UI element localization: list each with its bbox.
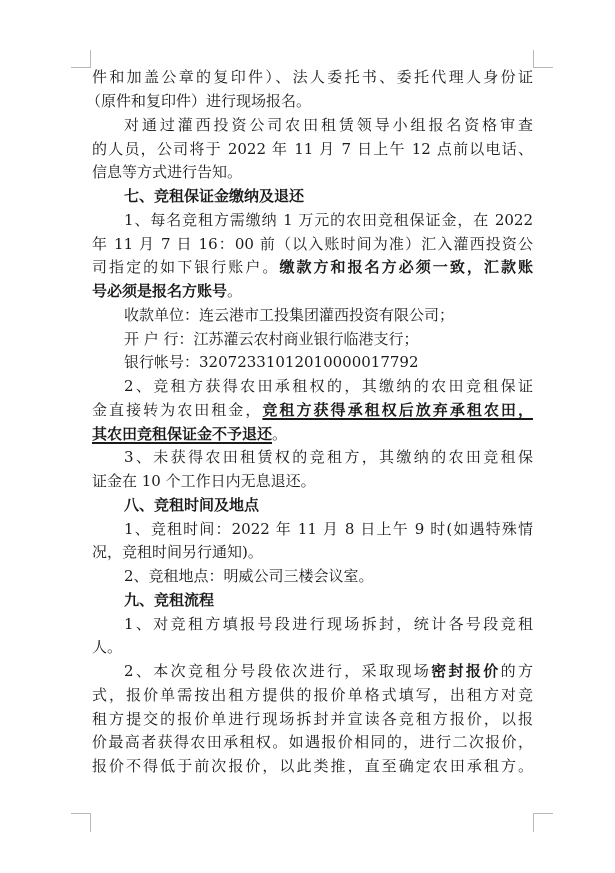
paragraph-line: 1、竞租时间：2022 年 11 月 8 日上午 9 时(如遇特殊情 (124, 517, 533, 541)
bold-text: 号必须是报名方账号 (92, 282, 227, 300)
paragraph-line: 对通过灌西投资公司农田租赁领导小组报名资格审查 (124, 113, 533, 137)
paragraph-line: 况，竞租时间另行通知)。 (92, 540, 533, 564)
paragraph-line: 信息等方式进行告知。 (92, 160, 533, 184)
corner-mark-top-left-h (71, 67, 91, 68)
corner-mark-top-right-v (533, 50, 534, 68)
section-heading-7: 七、竞租保证金缴纳及退还 (124, 184, 533, 208)
paragraph-line: 件和加盖公章的复印件）、法人委托书、委托代理人身份证 (92, 65, 533, 89)
bold-underlined-text: 竞租方获得承租权后放弃承租农田， (262, 401, 533, 419)
corner-mark-top-right-h (533, 67, 553, 68)
section-heading-8: 八、竞租时间及地点 (124, 493, 533, 517)
paragraph-line: 式，报价单需按出租方提供的报价单格式填写，出租方对竞 (92, 683, 533, 707)
bold-underlined-text: 其农田竞租保证金不予退还 (92, 425, 272, 443)
paragraph-line: 3、未获得农田租赁权的竞租方，其缴纳的农田竞租保 (124, 445, 533, 469)
plain-text: 2、本次竞租分号段依次进行，采取现场 (124, 662, 431, 680)
paragraph-line: 1、对竞租方填报号段进行现场拆封，统计各号段竞租 (124, 612, 533, 636)
plain-text: 司指定的如下银行账户。 (92, 258, 279, 276)
paragraph-line: 证金在 10 个工作日内无息退还。 (92, 469, 533, 493)
bank-payee-line: 收款单位：连云港市工投集团灌西投资有限公司； (124, 303, 533, 327)
paragraph-line: 2、本次竞租分号段依次进行，采取现场密封报价的方 (124, 659, 533, 683)
corner-mark-bottom-right-h (533, 813, 553, 814)
plain-text: 的方 (501, 662, 533, 680)
bank-account-line: 银行帐号：32072331012010000017792 (124, 350, 533, 374)
bold-text: 密封报价 (431, 662, 500, 680)
paragraph-line: 租方提交的报价单进行现场拆封并宣读各竞租方报价，以报 (92, 707, 533, 731)
paragraph-line: 2、竞租方获得农田承租权的，其缴纳的农田竞租保证 (124, 374, 533, 398)
corner-mark-bottom-right-v (533, 813, 534, 832)
paragraph-line: 价最高者获得农田承租权。如遇报价相同的，进行二次报价， (92, 730, 533, 754)
bank-account-label: 银行帐号： (124, 353, 199, 371)
bank-branch-value: 江苏灌云农村商业银行临港支行； (194, 330, 419, 348)
plain-text: 。 (227, 282, 242, 300)
paragraph-line: 司指定的如下银行账户。缴款方和报名方必须一致，汇款账 (92, 255, 533, 279)
paragraph-line: （原件和复印件）进行现场报名。 (86, 89, 527, 113)
paragraph-line: 报价不得低于前次报价，以此类推，直至确定农田承租方。 (92, 754, 533, 778)
paragraph-line: 号必须是报名方账号。 (92, 279, 533, 303)
paragraph-line: 年 11 月 7 日 16：00 前（以入账时间为准）汇入灌西投资公 (92, 232, 533, 256)
paragraph-line: 2、竞租地点：明威公司三楼会议室。 (124, 564, 533, 588)
plain-text: 金直接转为农田租金， (92, 401, 262, 419)
bank-branch-label: 开 户 行： (124, 330, 194, 348)
plain-text: 。 (272, 425, 287, 443)
bank-branch-line: 开 户 行：江苏灌云农村商业银行临港支行； (124, 327, 533, 351)
bold-text: 缴款方和报名方必须一致，汇款账 (279, 258, 533, 276)
paragraph-line: 1、每名竞租方需缴纳 1 万元的农田竞租保证金，在 2022 (124, 208, 533, 232)
paragraph-line: 人。 (92, 635, 533, 659)
paragraph-line: 的人员，公司将于 2022 年 11 月 7 日上午 12 点前以电话、 (92, 137, 533, 161)
corner-mark-bottom-left-h (71, 813, 91, 814)
corner-mark-top-left-v (90, 50, 91, 68)
bank-account-value: 32072331012010000017792 (199, 353, 419, 371)
section-heading-9: 九、竞租流程 (124, 588, 533, 612)
corner-mark-bottom-left-v (90, 813, 91, 832)
paragraph-line: 其农田竞租保证金不予退还。 (92, 422, 533, 446)
bank-payee-label: 收款单位： (124, 306, 199, 324)
paragraph-line: 金直接转为农田租金，竞租方获得承租权后放弃承租农田， (92, 398, 533, 422)
bank-payee-value: 连云港市工投集团灌西投资有限公司； (199, 306, 454, 324)
document-page: 件和加盖公章的复印件）、法人委托书、委托代理人身份证 （原件和复印件）进行现场报… (0, 0, 615, 873)
